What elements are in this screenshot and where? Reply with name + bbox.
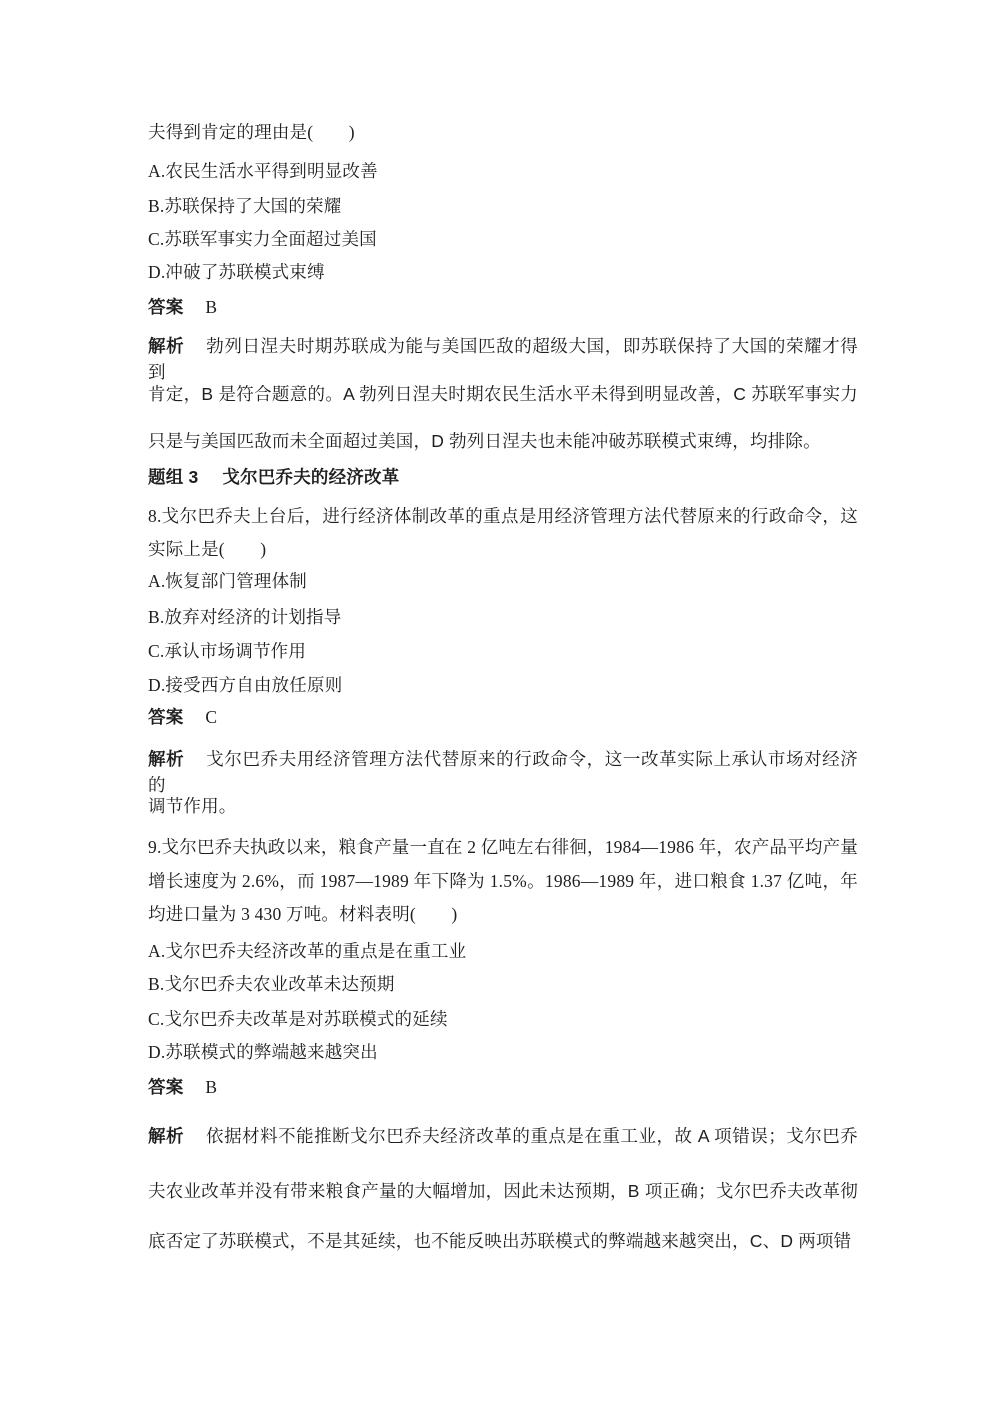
q8-analysis-line-2: 调节作用。 bbox=[148, 793, 858, 834]
q7-option-c: C.苏联军事实力全面超过美国 bbox=[148, 226, 858, 259]
q8-option-d: D.接受西方自由放任原则 bbox=[148, 672, 858, 704]
q8-answer-row: 答案C bbox=[148, 704, 858, 746]
group-title: 戈尔巴乔夫的经济改革 bbox=[222, 467, 399, 487]
q8-analysis-text-1: 戈尔巴乔夫用经济管理方法代替原来的行政命令，这一改革实际上承认市场对经济的 bbox=[148, 749, 858, 795]
q8-stem-line-2: 实际上是( ) bbox=[148, 536, 858, 568]
q9-answer-value: B bbox=[205, 1077, 217, 1097]
q8-stem-line-1: 8.戈尔巴乔夫上台后，进行经济体制改革的重点是用经济管理方法代替原来的行政命令，… bbox=[148, 503, 858, 536]
analysis-label: 解析 bbox=[148, 336, 184, 356]
q9-option-b: B.戈尔巴乔夫农业改革未达预期 bbox=[148, 971, 858, 1006]
question-group-heading: 题组 3戈尔巴乔夫的经济改革 bbox=[148, 464, 858, 503]
q9-stem-line-3: 均进口量为 3 430 万吨。材料表明( ) bbox=[148, 901, 858, 938]
q7-analysis-text-1: 勃列日涅夫时期苏联成为能与美国匹敌的超级大国，即苏联保持了大国的荣耀才得到 bbox=[148, 336, 858, 382]
q7-option-d: D.冲破了苏联模式束缚 bbox=[148, 259, 858, 294]
group-label: 题组 3 bbox=[148, 467, 198, 487]
q9-stem-line-2: 增长速度为 2.6%，而 1987—1989 年下降为 1.5%。1986—19… bbox=[148, 868, 858, 901]
q9-option-a: A.戈尔巴乔夫经济改革的重点是在重工业 bbox=[148, 938, 858, 971]
q9-option-c: C.戈尔巴乔夫改革是对苏联模式的延续 bbox=[148, 1006, 858, 1039]
q9-answer-row: 答案B bbox=[148, 1074, 858, 1123]
q8-option-c: C.承认市场调节作用 bbox=[148, 638, 858, 672]
answer-label: 答案 bbox=[148, 297, 183, 317]
q7-answer-value: B bbox=[205, 297, 217, 317]
q9-stem-line-1: 9.戈尔巴乔夫执政以来，粮食产量一直在 2 亿吨左右徘徊，1984—1986 年… bbox=[148, 834, 858, 868]
q9-analysis-line-3: 底否定了苏联模式，不是其延续，也不能反映出苏联模式的弊端越来越突出，C、D 两项… bbox=[148, 1228, 858, 1268]
q7-option-a: A.农民生活水平得到明显改善 bbox=[148, 158, 858, 193]
q7-option-b: B.苏联保持了大国的荣耀 bbox=[148, 193, 858, 226]
q9-analysis-line-2: 夫农业改革并没有带来粮食产量的大幅增加，因此未达预期，B 项正确；戈尔巴乔夫改革… bbox=[148, 1178, 858, 1228]
analysis-label: 解析 bbox=[148, 1126, 184, 1146]
q7-stem-continuation: 夫得到肯定的理由是( ) bbox=[148, 119, 858, 158]
q9-option-d: D.苏联模式的弊端越来越突出 bbox=[148, 1039, 858, 1074]
exercise-content: 夫得到肯定的理由是( ) A.农民生活水平得到明显改善 B.苏联保持了大国的荣耀… bbox=[148, 119, 858, 1268]
answer-label: 答案 bbox=[148, 1077, 183, 1097]
q9-analysis-line-1: 解析依据材料不能推断戈尔巴乔夫经济改革的重点是在重工业，故 A 项错误；戈尔巴乔 bbox=[148, 1123, 858, 1178]
q8-answer-value: C bbox=[205, 707, 217, 727]
q7-analysis-line-1: 解析勃列日涅夫时期苏联成为能与美国匹敌的超级大国，即苏联保持了大国的荣耀才得到 bbox=[148, 333, 858, 381]
analysis-label: 解析 bbox=[148, 749, 184, 769]
document-page: 夫得到肯定的理由是( ) A.农民生活水平得到明显改善 B.苏联保持了大国的荣耀… bbox=[0, 0, 1000, 1268]
q7-answer-row: 答案B bbox=[148, 294, 858, 333]
q8-option-a: A.恢复部门管理体制 bbox=[148, 568, 858, 604]
q7-analysis-line-2: 肯定，B 是符合题意的。A 勃列日涅夫时期农民生活水平未得到明显改善，C 苏联军… bbox=[148, 381, 858, 428]
q8-analysis-line-1: 解析戈尔巴乔夫用经济管理方法代替原来的行政命令，这一改革实际上承认市场对经济的 bbox=[148, 746, 858, 793]
q7-analysis-line-3: 只是与美国匹敌而未全面超过美国，D 勃列日涅夫也未能冲破苏联模式束缚，均排除。 bbox=[148, 428, 858, 464]
q8-option-b: B.放弃对经济的计划指导 bbox=[148, 604, 858, 638]
q9-analysis-text-1: 依据材料不能推断戈尔巴乔夫经济改革的重点是在重工业，故 A 项错误；戈尔巴乔 bbox=[206, 1126, 858, 1146]
answer-label: 答案 bbox=[148, 707, 183, 727]
